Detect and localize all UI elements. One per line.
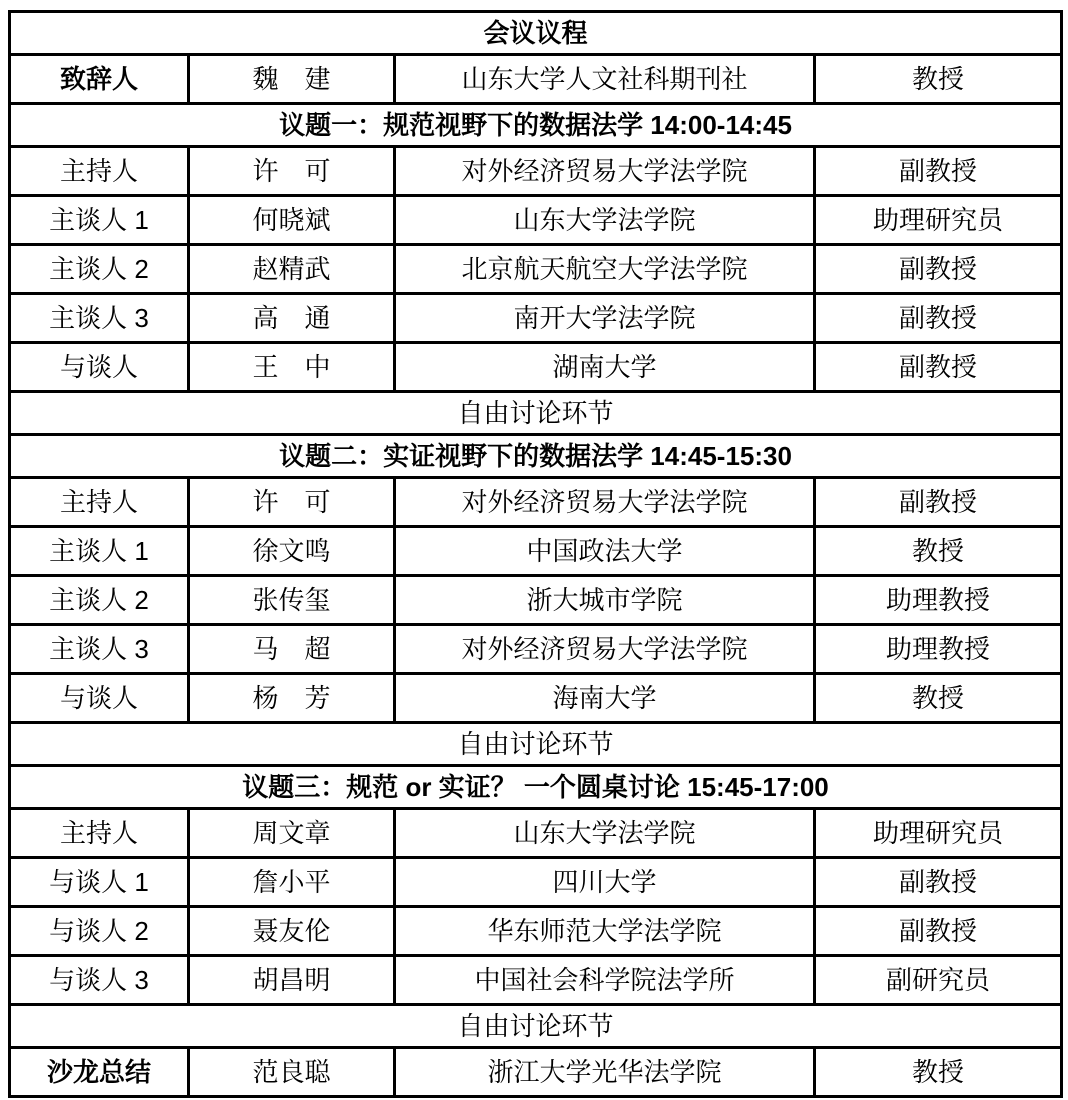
name-cell: 徐文鸣 — [189, 527, 395, 576]
organization-cell: 湖南大学 — [395, 343, 815, 392]
role-cell: 主持人 — [10, 809, 189, 858]
person-row: 致辞人 魏 建 山东大学人文社科期刊社 教授 — [10, 55, 1062, 104]
role-cell: 与谈人 1 — [10, 858, 189, 907]
person-row: 主持人 许 可 对外经济贸易大学法学院 副教授 — [10, 478, 1062, 527]
agenda-title-row: 会议议程 — [10, 12, 1062, 55]
document-page: 会议议程 致辞人 魏 建 山东大学人文社科期刊社 教授 议题一：规范视野下的数据… — [0, 0, 1068, 1098]
free-discussion-text: 自由讨论环节 — [10, 723, 1062, 766]
job-title-cell: 副教授 — [815, 147, 1062, 196]
name-cell: 杨 芳 — [189, 674, 395, 723]
person-row: 沙龙总结 范良聪 浙江大学光华法学院 教授 — [10, 1048, 1062, 1097]
organization-cell: 山东大学人文社科期刊社 — [395, 55, 815, 104]
person-row: 主谈人 2 赵精武 北京航天航空大学法学院 副教授 — [10, 245, 1062, 294]
role-cell: 主谈人 3 — [10, 625, 189, 674]
job-title-cell: 副教授 — [815, 245, 1062, 294]
job-title-cell: 助理研究员 — [815, 196, 1062, 245]
organization-cell: 对外经济贸易大学法学院 — [395, 147, 815, 196]
job-title-cell: 助理教授 — [815, 576, 1062, 625]
role-cell: 主谈人 1 — [10, 196, 189, 245]
name-cell: 聂友伦 — [189, 907, 395, 956]
role-cell: 主谈人 3 — [10, 294, 189, 343]
organization-cell: 四川大学 — [395, 858, 815, 907]
organization-cell: 浙江大学光华法学院 — [395, 1048, 815, 1097]
organization-cell: 中国社会科学院法学所 — [395, 956, 815, 1005]
job-title-cell: 副教授 — [815, 907, 1062, 956]
organization-cell: 华东师范大学法学院 — [395, 907, 815, 956]
name-cell: 赵精武 — [189, 245, 395, 294]
organization-cell: 对外经济贸易大学法学院 — [395, 625, 815, 674]
section-header-text: 议题一：规范视野下的数据法学 14:00-14:45 — [10, 104, 1062, 147]
name-cell: 何晓斌 — [189, 196, 395, 245]
job-title-cell: 助理教授 — [815, 625, 1062, 674]
person-row: 主持人 许 可 对外经济贸易大学法学院 副教授 — [10, 147, 1062, 196]
section-header-text: 议题三：规范 or 实证？ 一个圆桌讨论 15:45-17:00 — [10, 766, 1062, 809]
name-cell: 许 可 — [189, 147, 395, 196]
role-cell: 主持人 — [10, 478, 189, 527]
job-title-cell: 副教授 — [815, 478, 1062, 527]
free-discussion-text: 自由讨论环节 — [10, 1005, 1062, 1048]
person-row: 主谈人 2 张传玺 浙大城市学院 助理教授 — [10, 576, 1062, 625]
job-title-cell: 副教授 — [815, 858, 1062, 907]
organization-cell: 山东大学法学院 — [395, 196, 815, 245]
role-cell: 主谈人 2 — [10, 245, 189, 294]
person-row: 主谈人 3 马 超 对外经济贸易大学法学院 助理教授 — [10, 625, 1062, 674]
person-row: 主谈人 1 徐文鸣 中国政法大学 教授 — [10, 527, 1062, 576]
agenda-title: 会议议程 — [10, 12, 1062, 55]
name-cell: 魏 建 — [189, 55, 395, 104]
free-discussion-row: 自由讨论环节 — [10, 723, 1062, 766]
name-cell: 许 可 — [189, 478, 395, 527]
organization-cell: 对外经济贸易大学法学院 — [395, 478, 815, 527]
name-cell: 詹小平 — [189, 858, 395, 907]
role-cell: 与谈人 2 — [10, 907, 189, 956]
job-title-cell: 副教授 — [815, 294, 1062, 343]
section-header-row: 议题一：规范视野下的数据法学 14:00-14:45 — [10, 104, 1062, 147]
role-cell: 致辞人 — [10, 55, 189, 104]
person-row: 与谈人 王 中 湖南大学 副教授 — [10, 343, 1062, 392]
name-cell: 王 中 — [189, 343, 395, 392]
job-title-cell: 助理研究员 — [815, 809, 1062, 858]
organization-cell: 浙大城市学院 — [395, 576, 815, 625]
agenda-table: 会议议程 致辞人 魏 建 山东大学人文社科期刊社 教授 议题一：规范视野下的数据… — [8, 10, 1063, 1098]
person-row: 与谈人 3 胡昌明 中国社会科学院法学所 副研究员 — [10, 956, 1062, 1005]
name-cell: 范良聪 — [189, 1048, 395, 1097]
person-row: 与谈人 2 聂友伦 华东师范大学法学院 副教授 — [10, 907, 1062, 956]
organization-cell: 山东大学法学院 — [395, 809, 815, 858]
section-header-text: 议题二：实证视野下的数据法学 14:45-15:30 — [10, 435, 1062, 478]
section-header-row: 议题三：规范 or 实证？ 一个圆桌讨论 15:45-17:00 — [10, 766, 1062, 809]
person-row: 与谈人 杨 芳 海南大学 教授 — [10, 674, 1062, 723]
free-discussion-text: 自由讨论环节 — [10, 392, 1062, 435]
job-title-cell: 副教授 — [815, 343, 1062, 392]
organization-cell: 南开大学法学院 — [395, 294, 815, 343]
name-cell: 高 通 — [189, 294, 395, 343]
name-cell: 周文章 — [189, 809, 395, 858]
name-cell: 马 超 — [189, 625, 395, 674]
organization-cell: 中国政法大学 — [395, 527, 815, 576]
person-row: 主谈人 1 何晓斌 山东大学法学院 助理研究员 — [10, 196, 1062, 245]
role-cell: 与谈人 — [10, 343, 189, 392]
organization-cell: 海南大学 — [395, 674, 815, 723]
free-discussion-row: 自由讨论环节 — [10, 1005, 1062, 1048]
person-row: 与谈人 1 詹小平 四川大学 副教授 — [10, 858, 1062, 907]
job-title-cell: 教授 — [815, 1048, 1062, 1097]
role-cell: 与谈人 — [10, 674, 189, 723]
role-cell: 主谈人 1 — [10, 527, 189, 576]
person-row: 主谈人 3 高 通 南开大学法学院 副教授 — [10, 294, 1062, 343]
job-title-cell: 教授 — [815, 527, 1062, 576]
role-cell: 主谈人 2 — [10, 576, 189, 625]
job-title-cell: 副研究员 — [815, 956, 1062, 1005]
role-cell: 与谈人 3 — [10, 956, 189, 1005]
job-title-cell: 教授 — [815, 55, 1062, 104]
person-row: 主持人 周文章 山东大学法学院 助理研究员 — [10, 809, 1062, 858]
role-cell: 主持人 — [10, 147, 189, 196]
section-header-row: 议题二：实证视野下的数据法学 14:45-15:30 — [10, 435, 1062, 478]
job-title-cell: 教授 — [815, 674, 1062, 723]
name-cell: 胡昌明 — [189, 956, 395, 1005]
role-cell: 沙龙总结 — [10, 1048, 189, 1097]
free-discussion-row: 自由讨论环节 — [10, 392, 1062, 435]
name-cell: 张传玺 — [189, 576, 395, 625]
organization-cell: 北京航天航空大学法学院 — [395, 245, 815, 294]
